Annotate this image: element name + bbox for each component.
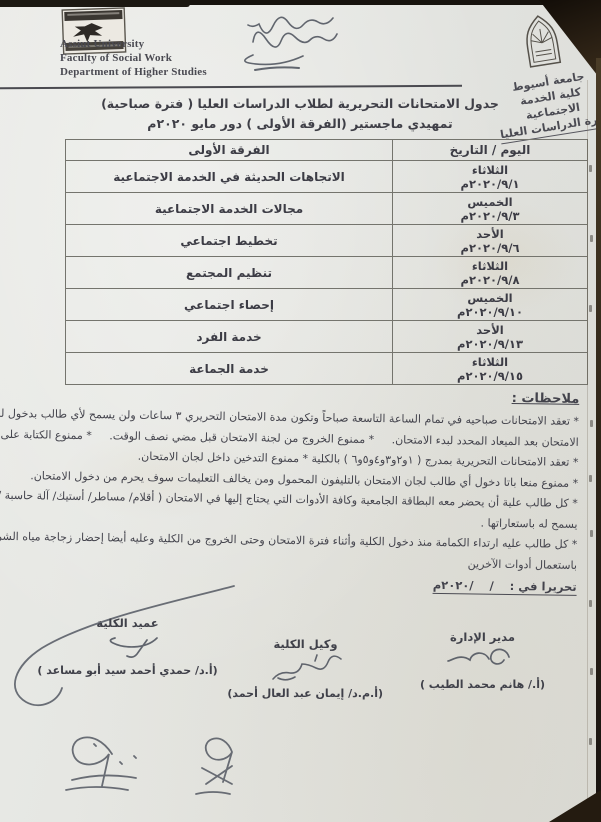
table-row: الخميس٢٠٢٠/٩/١٠م إحصاء اجتماعي [66, 289, 588, 321]
director-signature-icon [443, 644, 523, 674]
document-title: جدول الامتحانات التحريرية لطلاب الدراسات… [70, 94, 530, 134]
scan-artifact [590, 530, 593, 537]
cell-subject: خدمة الجماعة [66, 353, 393, 385]
table-row: الثلاثاء٢٠٢٠/٩/١٥م خدمة الجماعة [66, 353, 588, 385]
scanned-document-page: Assiut University Faculty of Social Work… [0, 0, 601, 822]
bottom-signature-scribbles [50, 722, 280, 812]
table-row: الأحد٢٠٢٠/٩/١٣م خدمة الفرد [66, 321, 588, 353]
signature-name: (أ./ هانم محمد الطيب ) [400, 678, 565, 691]
dated-at-line: تحريرا في : / /٢٠٢٠م [433, 578, 577, 596]
handwritten-annotation [185, 4, 345, 88]
cell-subject: تخطيط اجتماعي [66, 225, 393, 257]
scan-artifact [589, 165, 592, 172]
cell-day-date: الأحد٢٠٢٠/٩/١٣م [393, 321, 588, 353]
cell-day-date: الثلاثاء٢٠٢٠/٩/٨م [393, 257, 588, 289]
signature-block-director: مدير الإدارة (أ./ هانم محمد الطيب ) [400, 630, 565, 691]
cell-subject: إحصاء اجتماعي [66, 289, 393, 321]
scan-artifact [590, 235, 593, 242]
table-row: الخميس٢٠٢٠/٩/٣م مجالات الخدمة الاجتماعية [66, 193, 588, 225]
vice-dean-signature-icon [261, 651, 351, 683]
scan-edge-right [596, 58, 601, 822]
signature-name: (أ.د/ حمدي أحمد سيد أبو مساعد ) [35, 664, 220, 677]
cell-day-date: الثلاثاء٢٠٢٠/٩/١٥م [393, 353, 588, 385]
table-row: الأحد٢٠٢٠/٩/٦م تخطيط اجتماعي [66, 225, 588, 257]
signature-title: عميد الكلية [35, 616, 220, 630]
signature-title: مدير الإدارة [400, 630, 565, 644]
table-header-row: اليوم / التاريخ الفرقة الأولى [66, 140, 588, 161]
signature-block-dean: عميد الكلية (أ.د/ حمدي أحمد سيد أبو مساع… [35, 616, 220, 677]
cell-day-date: الثلاثاء٢٠٢٠/٩/١م [393, 161, 588, 193]
scan-artifact [589, 600, 592, 607]
table-row: الثلاثاء٢٠٢٠/٩/٨م تنظيم المجتمع [66, 257, 588, 289]
title-line-1: جدول الامتحانات التحريرية لطلاب الدراسات… [70, 94, 530, 114]
paper-crease [587, 80, 588, 812]
scan-artifact [590, 420, 593, 427]
exam-schedule-table: اليوم / التاريخ الفرقة الأولى الثلاثاء٢٠… [65, 139, 588, 385]
dean-signature-icon [93, 630, 163, 660]
header-day-date: اليوم / التاريخ [393, 140, 588, 161]
scan-artifact [589, 305, 592, 312]
notes-section: ملاحظات : * تعقد الامتحانات صباحيه في تم… [15, 384, 580, 596]
cell-day-date: الخميس٢٠٢٠/٩/٣م [393, 193, 588, 225]
cell-subject: تنظيم المجتمع [66, 257, 393, 289]
cell-day-date: الأحد٢٠٢٠/٩/٦م [393, 225, 588, 257]
header-group: الفرقة الأولى [66, 140, 393, 161]
signature-title: وكيل الكلية [228, 637, 383, 651]
table-row: الثلاثاء٢٠٢٠/٩/١م الاتجاهات الحديثة في ا… [66, 161, 588, 193]
scan-artifact [590, 668, 593, 675]
cell-subject: مجالات الخدمة الاجتماعية [66, 193, 393, 225]
signature-name: (أ.م.د/ إيمان عبد العال أحمد) [228, 687, 383, 700]
signature-block-vice-dean: وكيل الكلية (أ.م.د/ إيمان عبد العال أحمد… [228, 637, 383, 700]
scan-artifact [589, 738, 592, 745]
cell-subject: الاتجاهات الحديثة في الخدمة الاجتماعية [66, 161, 393, 193]
title-line-2: تمهيدي ماجستير (الفرقة الأولى ) دور مايو… [70, 114, 530, 134]
scan-artifact [589, 475, 592, 482]
scan-edge-top-left [0, 0, 190, 7]
cell-day-date: الخميس٢٠٢٠/٩/١٠م [393, 289, 588, 321]
cell-subject: خدمة الفرد [66, 321, 393, 353]
